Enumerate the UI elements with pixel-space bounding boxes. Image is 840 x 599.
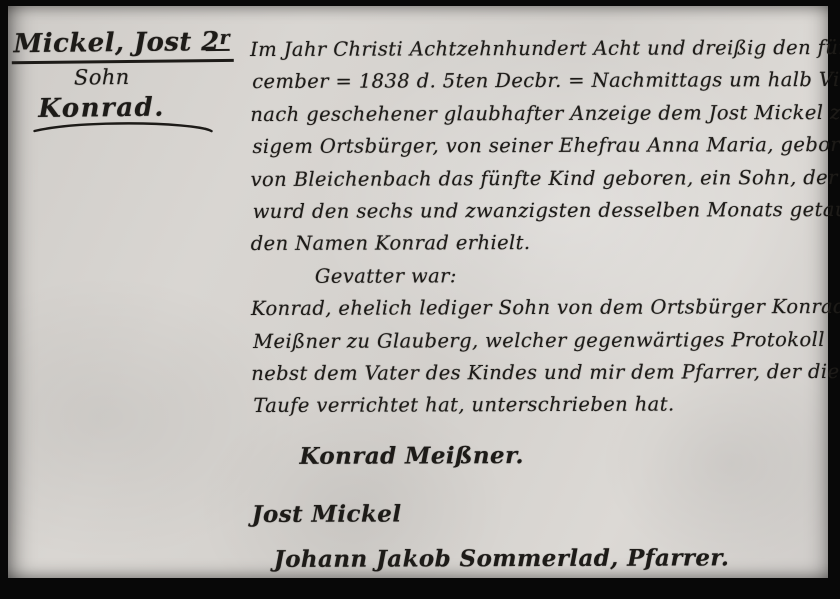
record-line: Im Jahr Christi Achtzehnhundert Acht und… [250, 32, 825, 66]
record-line: wurd den sechs und zwanzigsten desselben… [253, 194, 826, 228]
record-line: nach geschehener glaubhafter Anzeige dem… [250, 97, 825, 131]
record-line: cember = 1838 d. 5ten Decbr. = Nachmitta… [252, 64, 825, 98]
baptism-record-text: Im Jahr Christi Achtzehnhundert Acht und… [250, 32, 827, 580]
margin-name-text: Mickel, Jost 2 [13, 27, 219, 59]
margin-entry: Mickel, Jost 2r Sohn Konrad. [11, 27, 244, 136]
signature-pastor: Johann Jakob Sommerlad, Pfarrer. [274, 538, 827, 580]
margin-name-superscript: r [219, 27, 230, 49]
witness-line: Meißner zu Glauberg, welcher gegenwärtig… [253, 324, 826, 358]
signature-father: Jost Mickel [252, 493, 827, 535]
record-line: sigem Ortsbürger, von seiner Ehefrau Ann… [252, 129, 825, 163]
record-line: von Bleichenbach das fünfte Kind geboren… [251, 162, 826, 196]
signature-godfather: Konrad Meißner. [299, 435, 826, 477]
record-line: den Namen Konrad erhielt. [251, 226, 826, 260]
margin-entry-relation: Sohn [74, 64, 244, 90]
margin-entry-name: Mickel, Jost 2r [11, 27, 234, 64]
page-scan: Mickel, Jost 2r Sohn Konrad. Im Jahr Chr… [8, 6, 828, 578]
witness-line: Konrad, ehelich lediger Sohn von dem Ort… [251, 291, 826, 325]
witness-line: nebst dem Vater des Kindes und mir dem P… [251, 356, 826, 390]
witness-line: Taufe verrichtet hat, unterschrieben hat… [253, 388, 826, 422]
scan-border: Mickel, Jost 2r Sohn Konrad. Im Jahr Chr… [0, 0, 840, 599]
witness-heading: Gevatter war: [315, 259, 826, 293]
